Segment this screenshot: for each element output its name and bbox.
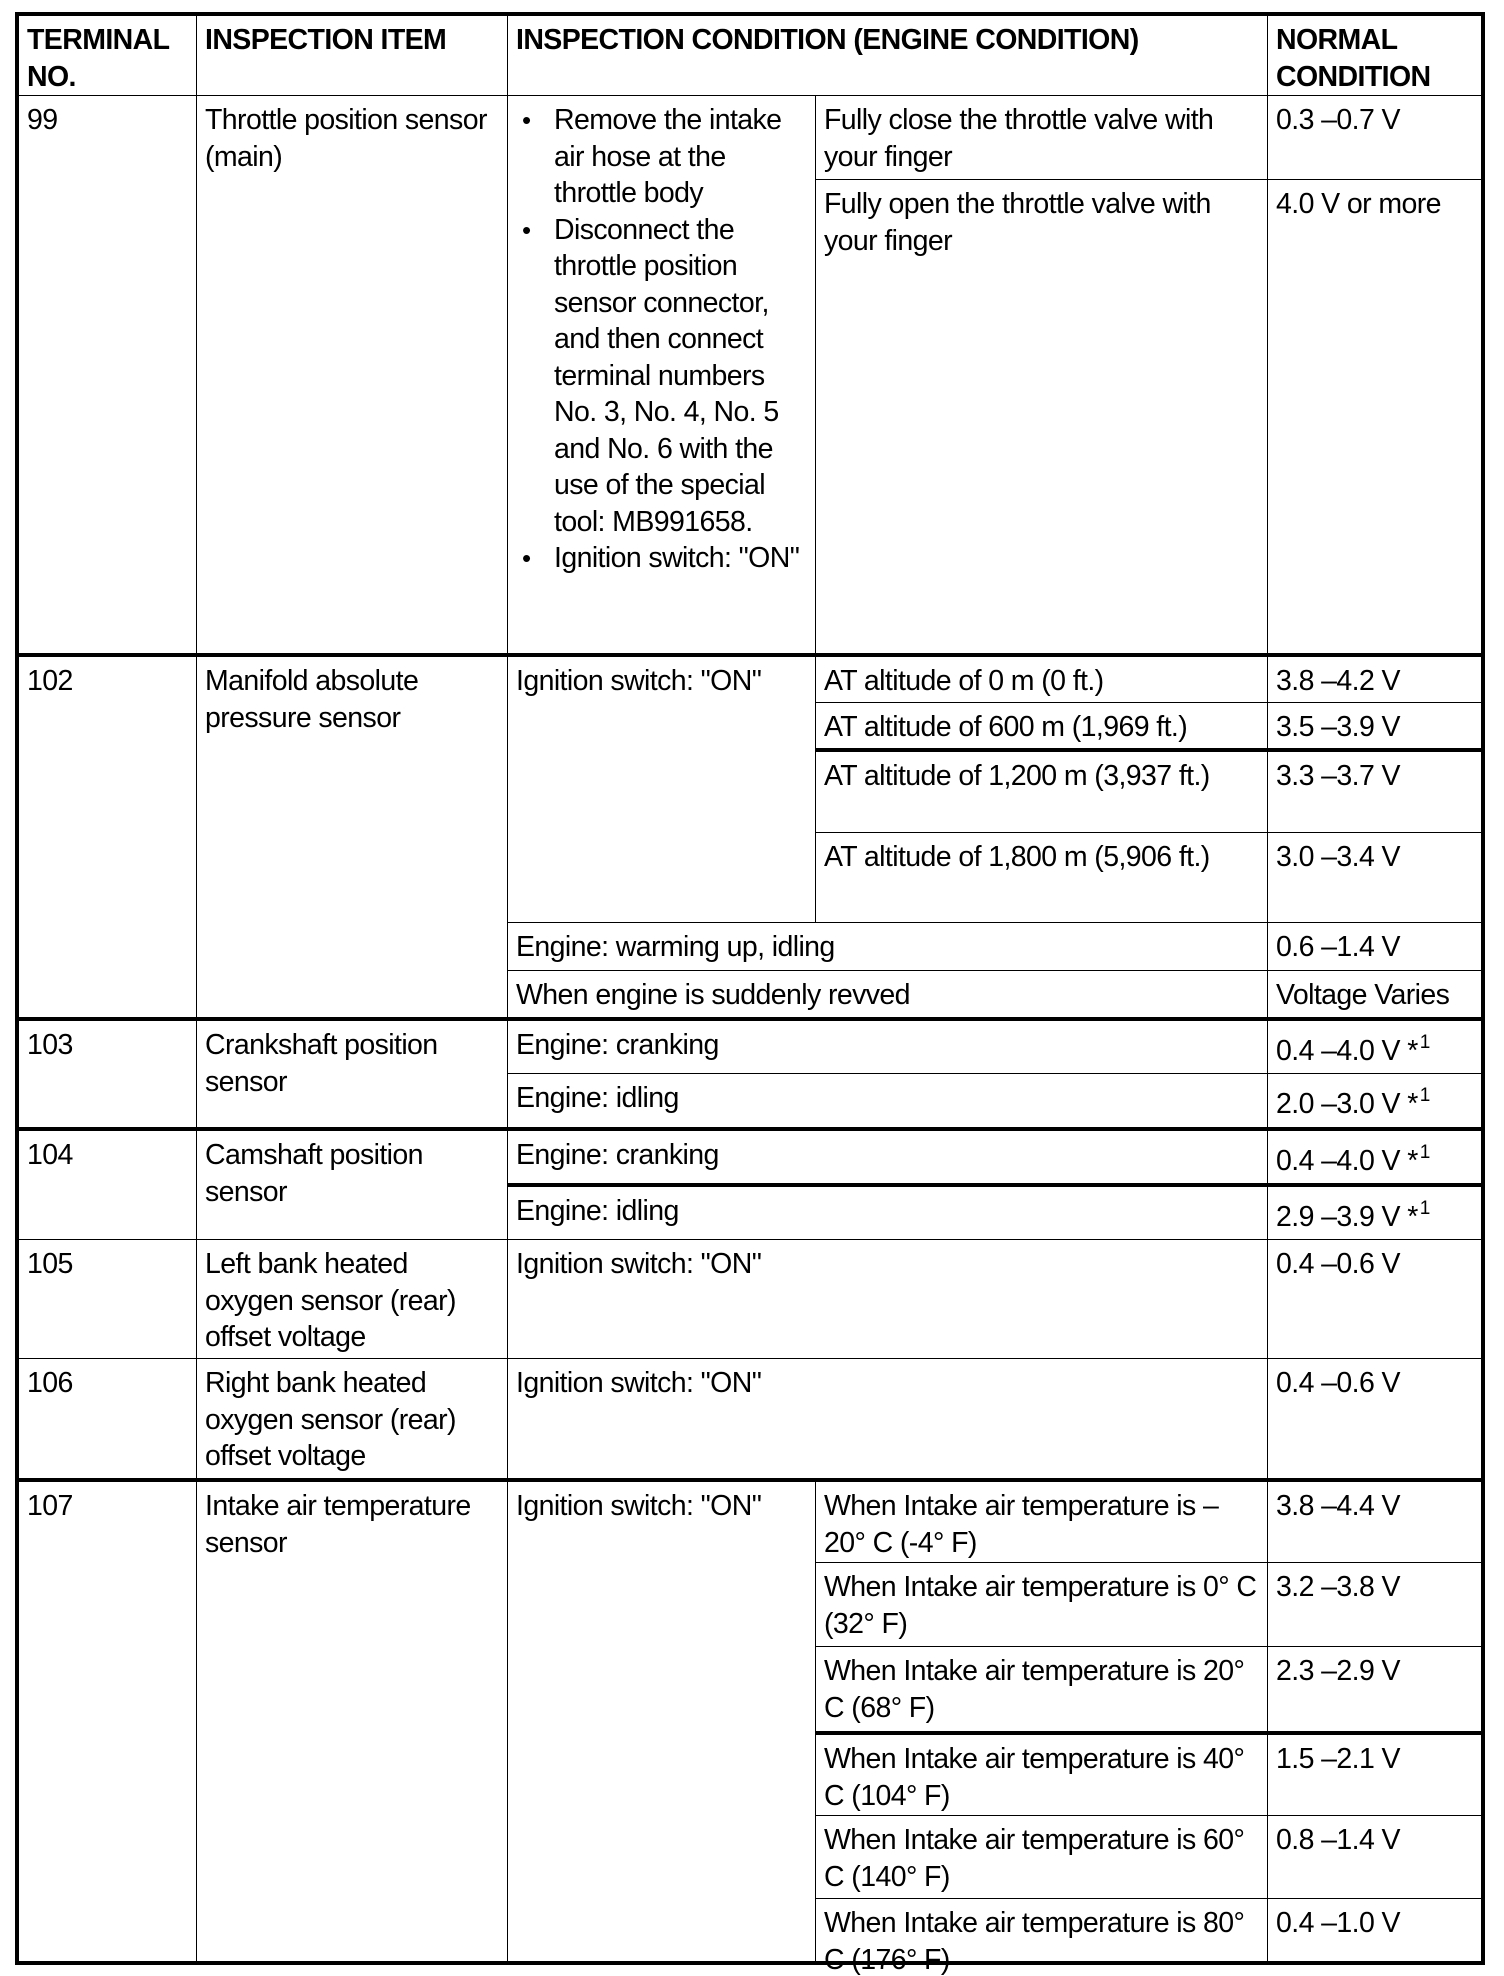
condition-cam-idling: Engine: idling <box>507 1183 1268 1240</box>
condition-iat-80: When Intake air temperature is 80° C (17… <box>815 1898 1268 1965</box>
condition-altitude-0: AT altitude of 0 m (0 ft.) <box>815 653 1268 703</box>
condition-iat-40: When Intake air temperature is 40° C (10… <box>815 1731 1268 1816</box>
condition-105: Ignition switch: "ON" <box>507 1239 1268 1359</box>
item-manifold-absolute-pressure-sensor: Manifold absolute pressure sensor <box>196 653 508 1019</box>
condition-iat-0: When Intake air temperature is 0° C (32°… <box>815 1562 1268 1647</box>
footnote-marker: * <box>1407 1088 1418 1120</box>
condition-iat-20: When Intake air temperature is 20° C (68… <box>815 1646 1268 1733</box>
item-throttle-position-sensor: Throttle position sensor (main) <box>196 95 508 656</box>
precondition-item: Disconnect the throttle position sensor … <box>554 212 807 541</box>
footnote-marker: * <box>1407 1035 1418 1067</box>
header-terminal-no: TERMINAL NO. <box>15 12 197 96</box>
normal-value: 2.9 –3.9 V <box>1276 1201 1400 1233</box>
terminal-104: 104 <box>15 1127 197 1240</box>
inspection-table: TERMINAL NO. INSPECTION ITEM INSPECTION … <box>0 0 1504 1976</box>
condition-106: Ignition switch: "ON" <box>507 1358 1268 1480</box>
footnote-ref: 1 <box>1420 1032 1430 1053</box>
terminal-107: 107 <box>15 1478 197 1965</box>
precondition-102: Ignition switch: "ON" <box>507 653 816 923</box>
normal-iat-60: 0.8 –1.4 V <box>1267 1815 1485 1899</box>
condition-iat-minus-20: When Intake air temperature is –20° C (-… <box>815 1478 1268 1563</box>
preconditions-99: Remove the intake air hose at the thrott… <box>507 95 816 656</box>
normal-warming-up-idling: 0.6 –1.4 V <box>1267 922 1485 971</box>
header-inspection-condition: INSPECTION CONDITION (ENGINE CONDITION) <box>507 12 1268 96</box>
precondition-107: Ignition switch: "ON" <box>507 1478 816 1965</box>
normal-iat-40: 1.5 –2.1 V <box>1267 1731 1485 1816</box>
condition-altitude-1200: AT altitude of 1,200 m (3,937 ft.) <box>815 748 1268 833</box>
normal-altitude-1200: 3.3 –3.7 V <box>1267 748 1485 833</box>
item-right-bank-oxygen-sensor: Right bank heated oxygen sensor (rear) o… <box>196 1358 508 1480</box>
terminal-106: 106 <box>15 1358 197 1480</box>
normal-crank-idling: 2.0 –3.0 V *1 <box>1267 1073 1485 1129</box>
normal-value: 2.0 –3.0 V <box>1276 1088 1400 1120</box>
header-inspection-item: INSPECTION ITEM <box>196 12 508 96</box>
normal-106: 0.4 –0.6 V <box>1267 1358 1485 1480</box>
footnote-marker: * <box>1407 1201 1418 1233</box>
normal-suddenly-revved: Voltage Varies <box>1267 970 1485 1019</box>
normal-altitude-600: 3.5 –3.9 V <box>1267 702 1485 750</box>
condition-crank-idling: Engine: idling <box>507 1073 1268 1129</box>
normal-altitude-0: 3.8 –4.2 V <box>1267 653 1485 703</box>
normal-iat-80: 0.4 –1.0 V <box>1267 1898 1485 1965</box>
normal-105: 0.4 –0.6 V <box>1267 1239 1485 1359</box>
normal-crank-cranking: 0.4 –4.0 V *1 <box>1267 1017 1485 1074</box>
normal-value: 0.4 –4.0 V <box>1276 1145 1400 1177</box>
item-camshaft-position-sensor: Camshaft position sensor <box>196 1127 508 1240</box>
precondition-item: Ignition switch: "ON" <box>554 540 807 577</box>
terminal-99: 99 <box>15 95 197 656</box>
terminal-105: 105 <box>15 1239 197 1359</box>
item-intake-air-temperature-sensor: Intake air temperature sensor <box>196 1478 508 1965</box>
normal-iat-20: 2.3 –2.9 V <box>1267 1646 1485 1733</box>
footnote-marker: * <box>1407 1145 1418 1177</box>
condition-throttle-open: Fully open the throttle valve with your … <box>815 179 1268 656</box>
condition-altitude-1800: AT altitude of 1,800 m (5,906 ft.) <box>815 832 1268 923</box>
normal-cam-idling: 2.9 –3.9 V *1 <box>1267 1183 1485 1240</box>
footnote-ref: 1 <box>1420 1142 1430 1163</box>
normal-throttle-open: 4.0 V or more <box>1267 179 1485 656</box>
footnote-ref: 1 <box>1420 1198 1430 1219</box>
normal-iat-minus-20: 3.8 –4.4 V <box>1267 1478 1485 1563</box>
precondition-item: Remove the intake air hose at the thrott… <box>554 102 807 212</box>
condition-throttle-closed: Fully close the throttle valve with your… <box>815 95 1268 180</box>
item-left-bank-oxygen-sensor: Left bank heated oxygen sensor (rear) of… <box>196 1239 508 1359</box>
condition-suddenly-revved: When engine is suddenly revved <box>507 970 1268 1019</box>
condition-crank-cranking: Engine: cranking <box>507 1017 1268 1074</box>
condition-iat-60: When Intake air temperature is 60° C (14… <box>815 1815 1268 1899</box>
condition-cam-cranking: Engine: cranking <box>507 1127 1268 1184</box>
normal-iat-0: 3.2 –3.8 V <box>1267 1562 1485 1647</box>
footnote-ref: 1 <box>1420 1085 1430 1106</box>
normal-value: 0.4 –4.0 V <box>1276 1035 1400 1067</box>
item-crankshaft-position-sensor: Crankshaft position sensor <box>196 1017 508 1129</box>
precondition-list: Remove the intake air hose at the thrott… <box>516 102 807 577</box>
terminal-102: 102 <box>15 653 197 1019</box>
condition-altitude-600: AT altitude of 600 m (1,969 ft.) <box>815 702 1268 750</box>
header-normal-condition: NORMAL CONDITION <box>1267 12 1485 96</box>
normal-altitude-1800: 3.0 –3.4 V <box>1267 832 1485 923</box>
condition-warming-up-idling: Engine: warming up, idling <box>507 922 1268 971</box>
normal-throttle-closed: 0.3 –0.7 V <box>1267 95 1485 180</box>
normal-cam-cranking: 0.4 –4.0 V *1 <box>1267 1127 1485 1184</box>
terminal-103: 103 <box>15 1017 197 1129</box>
